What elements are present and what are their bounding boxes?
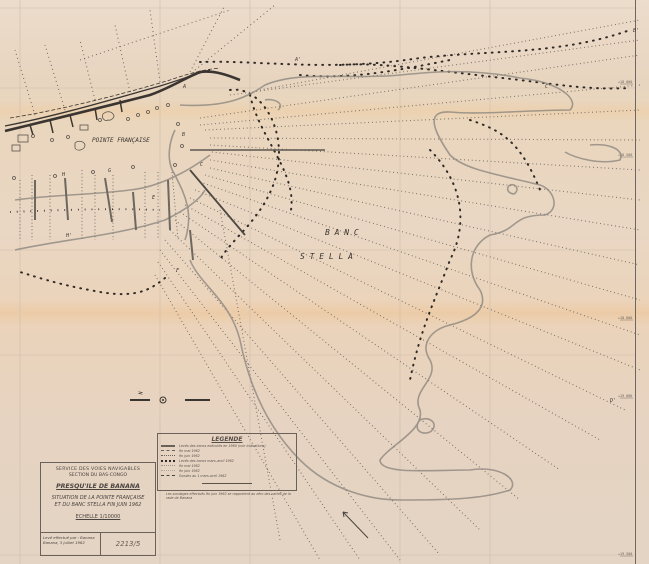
agency-line: SERVICE DES VOIES NAVIGABLES — [41, 467, 155, 472]
profile-letter-e: E — [152, 195, 155, 201]
legend: LEGENDE Levés des bancs exécutés en 1960… — [157, 433, 297, 491]
label-banc: B A N C — [325, 228, 359, 237]
coord-tick: +18 000 — [618, 80, 632, 84]
survey-info: Levé effectué par : Banana Banana, 3 jui… — [41, 533, 101, 555]
title-block-footer: Levé effectué par : Banana Banana, 3 jui… — [41, 532, 155, 555]
label-pointe-francaise: POINTE FRANÇAISE — [92, 137, 150, 144]
map-subtitle-1: SITUATION DE LA POINTE FRANÇAISE — [41, 495, 155, 501]
profile-letter-h-prime: H' — [66, 233, 72, 239]
coord-tick: +19 000 — [618, 394, 632, 398]
coord-tick: +18 500 — [618, 153, 632, 157]
profile-letter-b: B — [182, 132, 185, 138]
section-line: SECTION DU BAS-CONGO — [41, 473, 155, 478]
profile-letter-b-prime: B' — [633, 28, 639, 34]
legend-divider — [202, 483, 252, 484]
map-scale: ECHELLE 1/10000 — [41, 514, 155, 520]
coord-tick: +18 800 — [618, 316, 632, 320]
legend-note: Les sondages effectués fin juin 1962 se … — [158, 492, 296, 500]
title-block: SERVICE DES VOIES NAVIGABLES SECTION DU … — [40, 462, 156, 556]
legend-row: Sondes au 1 mars-avril 1962 — [158, 473, 296, 478]
map-title: PRESQU'ILE DE BANANA — [41, 483, 155, 490]
profile-letter-c-prime: C' — [545, 84, 551, 90]
map-sheet: POINTE FRANÇAISE B A N C S T E L L A A A… — [0, 0, 649, 564]
survey-date: Banana, 3 juillet 1962 — [43, 540, 98, 545]
profile-letter-a: A — [183, 84, 186, 90]
profile-letter-f: F — [176, 268, 179, 274]
north-label: N — [139, 391, 145, 394]
profile-letter-d-prime: D' — [610, 398, 616, 404]
label-stella: S T E L L A — [300, 252, 353, 261]
reference-number: 2213/5 — [101, 533, 155, 555]
profile-letter-c: C — [200, 162, 203, 168]
map-frame — [635, 0, 636, 564]
profile-letter-g: G — [108, 168, 111, 174]
profile-letter-a-prime: A' — [295, 57, 301, 63]
profile-letter-h: H — [62, 172, 65, 178]
map-subtitle-2: ET DU BANC STELLA FIN JUIN 1962 — [41, 502, 155, 508]
legend-title: LEGENDE — [158, 436, 296, 443]
coord-tick: +19 500 — [618, 552, 632, 556]
